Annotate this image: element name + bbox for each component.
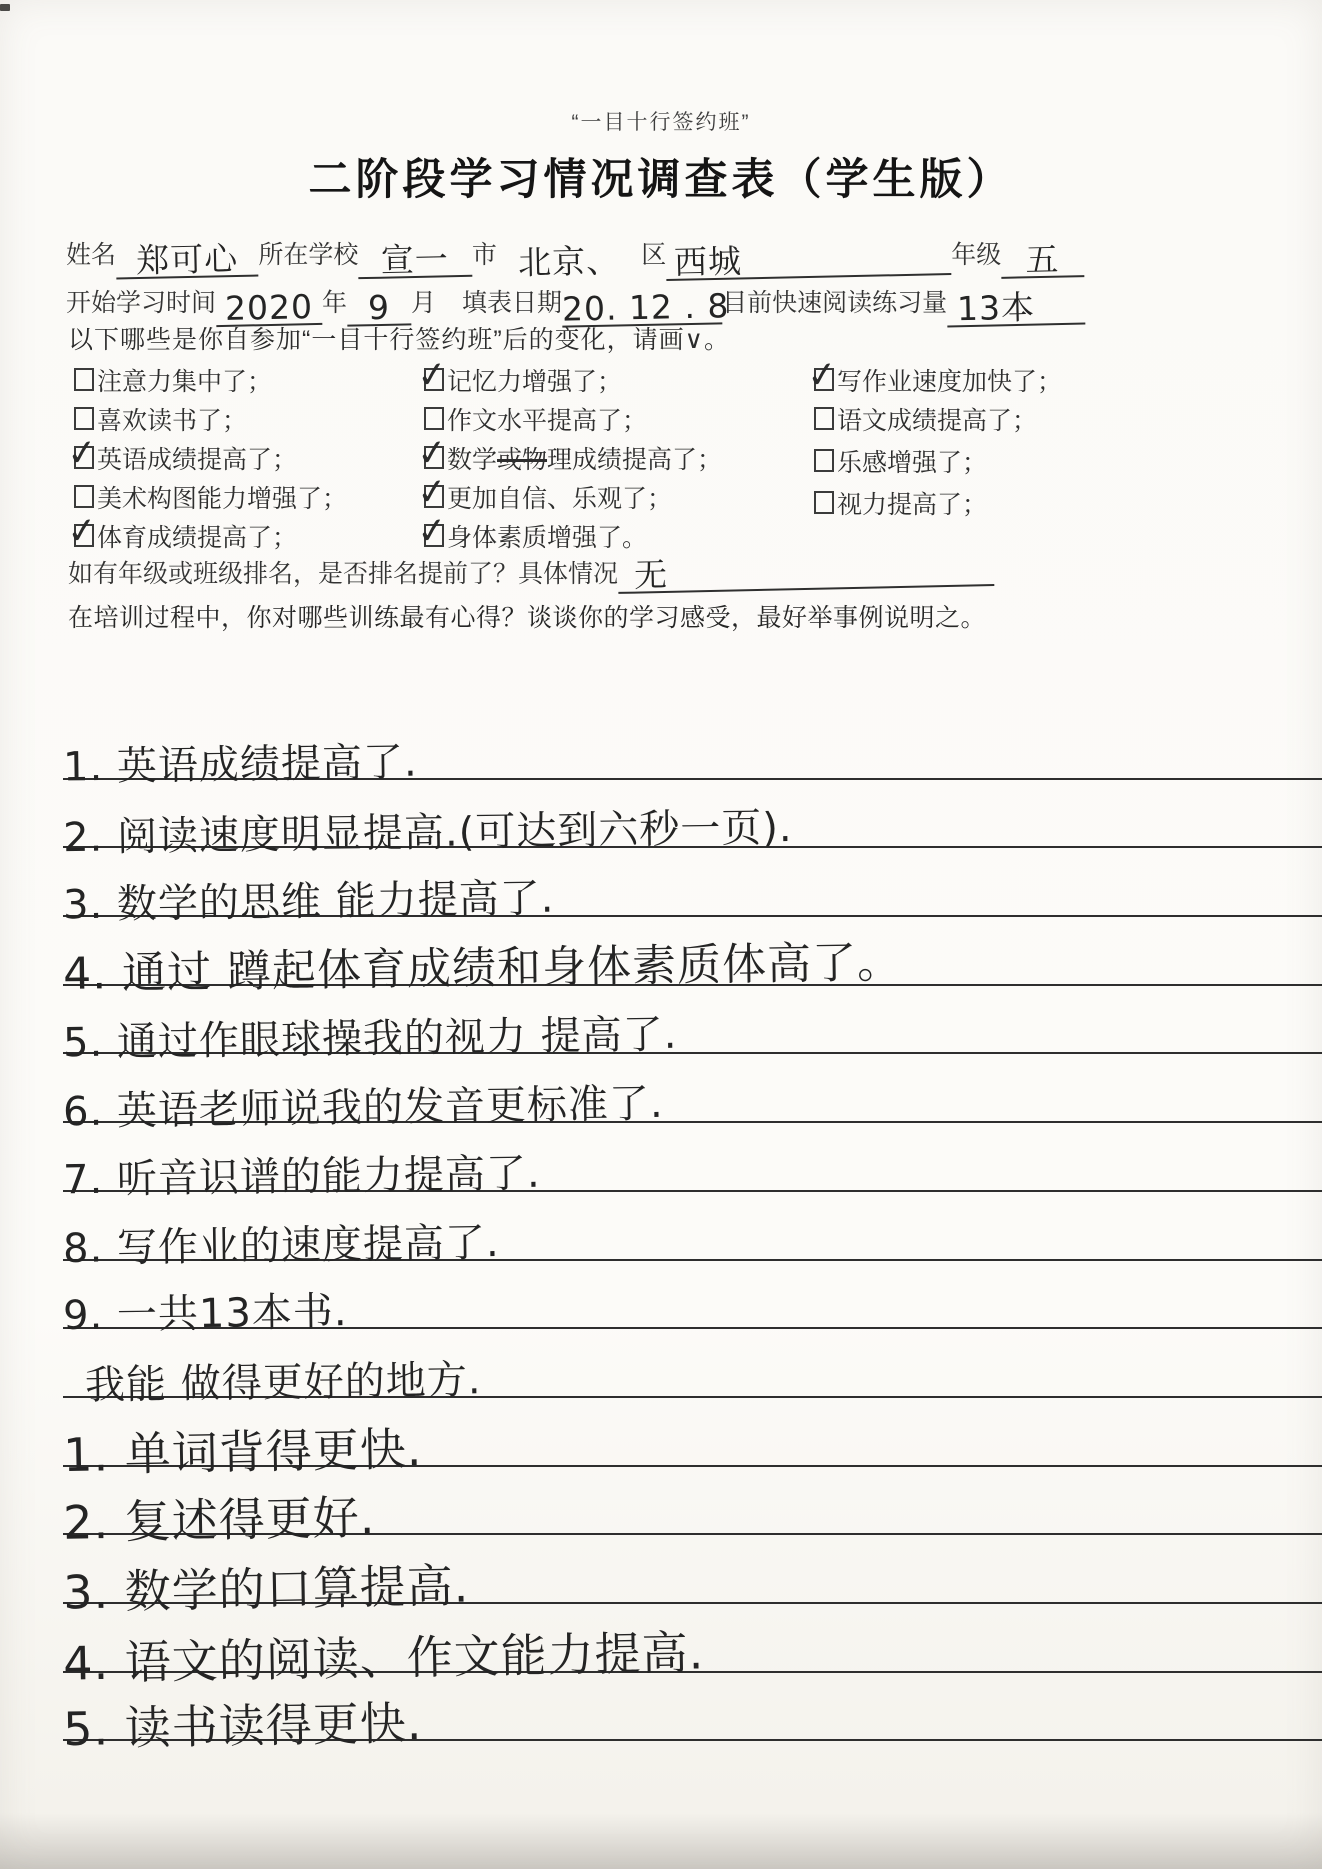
- checkbox-item-memory: ✓ 记忆力增强了；: [424, 360, 814, 399]
- checkbox-icon: ✓: [814, 449, 834, 472]
- checkbox-label: 英语成绩提高了；: [97, 440, 297, 476]
- scanned-form-page: “一目十行签约班” 二阶段学习情况调查表（学生版） 姓名 郑可心 所在学校 宣一…: [0, 0, 1322, 1869]
- answer-line: 3. 数学的思维 能力提高了.: [63, 848, 1322, 917]
- checkbox-label: 喜欢读书了；: [97, 401, 247, 437]
- ranking-answer-field: 无: [618, 551, 995, 594]
- school-label: 所在学校: [258, 232, 358, 278]
- city-label: 市: [472, 232, 497, 278]
- checkbox-label: 注意力集中了；: [97, 362, 272, 398]
- school-field: 宣一: [358, 242, 472, 279]
- info-line-2: 开始学习时间 2020 年 9 月 填表日期 20. 12 . 8 目前快速阅读…: [66, 278, 1292, 326]
- district-field: 西城: [666, 240, 952, 281]
- checkbox-icon: ✓: [74, 524, 94, 547]
- instruction-text: 以下哪些是你自参加“一目十行签约班”后的变化，请画∨。: [68, 320, 1292, 356]
- answer-line: 1. 单词背得更快.: [63, 1398, 1322, 1467]
- checkbox-item-confidence: ✓ 更加自信、乐观了；: [424, 477, 814, 516]
- check-icon: ✓: [65, 431, 99, 476]
- checkbox-icon: ✓: [74, 446, 94, 469]
- checkbox-item-chinese: ✓ 语文成绩提高了；: [814, 399, 1302, 438]
- answer-line: 2. 阅读速度明显提高.(可达到六秒一页).: [63, 780, 1322, 849]
- checkbox-column-2: ✓ 记忆力增强了； ✓ 作文水平提高了； ✓ 数学或物理成绩提高了； ✓ 更加自…: [424, 360, 814, 555]
- checkbox-item-english: ✓ 英语成绩提高了；: [74, 438, 424, 477]
- city-field: 北京、: [497, 243, 642, 279]
- info-line-1: 姓名 郑可心 所在学校 宣一 市 北京、 区 西城 年级 五: [66, 230, 1292, 278]
- checkbox-icon: ✓: [814, 368, 834, 391]
- checkbox-item-music-sense: ✓ 乐感增强了；: [814, 438, 1302, 483]
- form-title: 二阶段学习情况调查表（学生版）: [0, 146, 1322, 207]
- checkbox-label: 数学或物理成绩提高了；: [447, 440, 722, 476]
- checkbox-label: 更加自信、乐观了；: [447, 479, 672, 515]
- info-section: 姓名 郑可心 所在学校 宣一 市 北京、 区 西城 年级 五 开始学习时间 20…: [66, 230, 1292, 326]
- grade-label: 年级: [951, 232, 1001, 278]
- checkbox-label: 体育成绩提高了；: [97, 518, 297, 554]
- checkbox-label: 乐感增强了；: [837, 443, 987, 479]
- checkbox-icon: ✓: [424, 407, 444, 430]
- checkbox-icon: ✓: [74, 368, 94, 391]
- struck-text: 或物: [497, 446, 547, 474]
- check-icon: ✓: [65, 509, 99, 554]
- checkbox-item-math: ✓ 数学或物理成绩提高了；: [424, 438, 814, 477]
- district-label: 区: [641, 232, 666, 278]
- checkbox-item-pe: ✓ 体育成绩提高了；: [74, 516, 424, 555]
- checkbox-label: 视力提高了；: [837, 485, 987, 521]
- checkbox-icon: ✓: [74, 407, 94, 430]
- check-icon: ✓: [805, 353, 839, 398]
- check-icon: ✓: [415, 509, 449, 554]
- checkbox-label: 身体素质增强了。: [447, 518, 647, 554]
- checkbox-item-physique: ✓ 身体素质增强了。: [424, 516, 814, 555]
- answer-line: 8. 写作业的速度提高了.: [63, 1192, 1322, 1261]
- checkbox-column-3: ✓ 写作业速度加快了； ✓ 语文成绩提高了； ✓ 乐感增强了； ✓ 视力提高了；: [814, 360, 1302, 555]
- answer-line: 1. 英语成绩提高了.: [63, 711, 1322, 780]
- checkbox-item-homework-speed: ✓ 写作业速度加快了；: [814, 360, 1302, 399]
- checkbox-icon: ✓: [424, 368, 444, 391]
- checkbox-icon: ✓: [74, 485, 94, 508]
- course-tag: “一目十行签约班”: [0, 106, 1322, 136]
- name-label: 姓名: [66, 232, 116, 278]
- checkbox-item-art: ✓ 美术构图能力增强了；: [74, 477, 424, 516]
- checkbox-label: 记忆力增强了；: [447, 362, 622, 398]
- checkbox-icon: ✓: [814, 491, 834, 514]
- answer-line: 4. 通过 蹲起体育成绩和身体素质体高了。: [63, 917, 1322, 986]
- checkbox-item-writing: ✓ 作文水平提高了；: [424, 399, 814, 438]
- checkbox-column-1: ✓ 注意力集中了； ✓ 喜欢读书了； ✓ 英语成绩提高了； ✓ 美术构图能力增强…: [74, 360, 424, 555]
- answer-line: 9. 一共13本书.: [63, 1261, 1322, 1330]
- check-icon: ✓: [415, 353, 449, 398]
- answer-line: 6. 英语老师说我的发音更标准了.: [63, 1054, 1322, 1123]
- checkbox-icon: ✓: [424, 485, 444, 508]
- checkbox-label: 作文水平提高了；: [447, 401, 647, 437]
- checkbox-item-love-reading: ✓ 喜欢读书了；: [74, 399, 424, 438]
- scan-artifact: [0, 4, 10, 11]
- checkbox-icon: ✓: [424, 446, 444, 469]
- answer-line: 7. 听音识谱的能力提高了.: [63, 1123, 1322, 1192]
- checkbox-label: 美术构图能力增强了；: [97, 479, 347, 515]
- grade-field: 五: [1001, 242, 1084, 279]
- checkbox-item-attention: ✓ 注意力集中了；: [74, 360, 424, 399]
- changes-checkbox-grid: ✓ 注意力集中了； ✓ 喜欢读书了； ✓ 英语成绩提高了； ✓ 美术构图能力增强…: [74, 360, 1302, 555]
- checkbox-icon: ✓: [424, 524, 444, 547]
- handwritten-answers: 1. 英语成绩提高了. 2. 阅读速度明显提高.(可达到六秒一页). 3. 数学…: [63, 711, 1322, 1741]
- ranking-line: 如有年级或班级排名，是否排名提前了？具体情况 无: [68, 554, 1292, 590]
- prompt-text: 在培训过程中，你对哪些训练最有心得？谈谈你的学习感受，最好举事例说明之。: [68, 598, 1302, 634]
- checkbox-label: 语文成绩提高了；: [837, 401, 1037, 437]
- checkbox-item-eyesight: ✓ 视力提高了；: [814, 483, 1302, 522]
- name-field: 郑可心: [116, 242, 259, 280]
- checkbox-label: 写作业速度加快了；: [837, 362, 1062, 398]
- checkbox-icon: ✓: [814, 407, 834, 430]
- ranking-question: 如有年级或班级排名，是否排名提前了？具体情况: [68, 554, 618, 590]
- better-section-header: 我能 做得更好的地方.: [63, 1329, 1322, 1398]
